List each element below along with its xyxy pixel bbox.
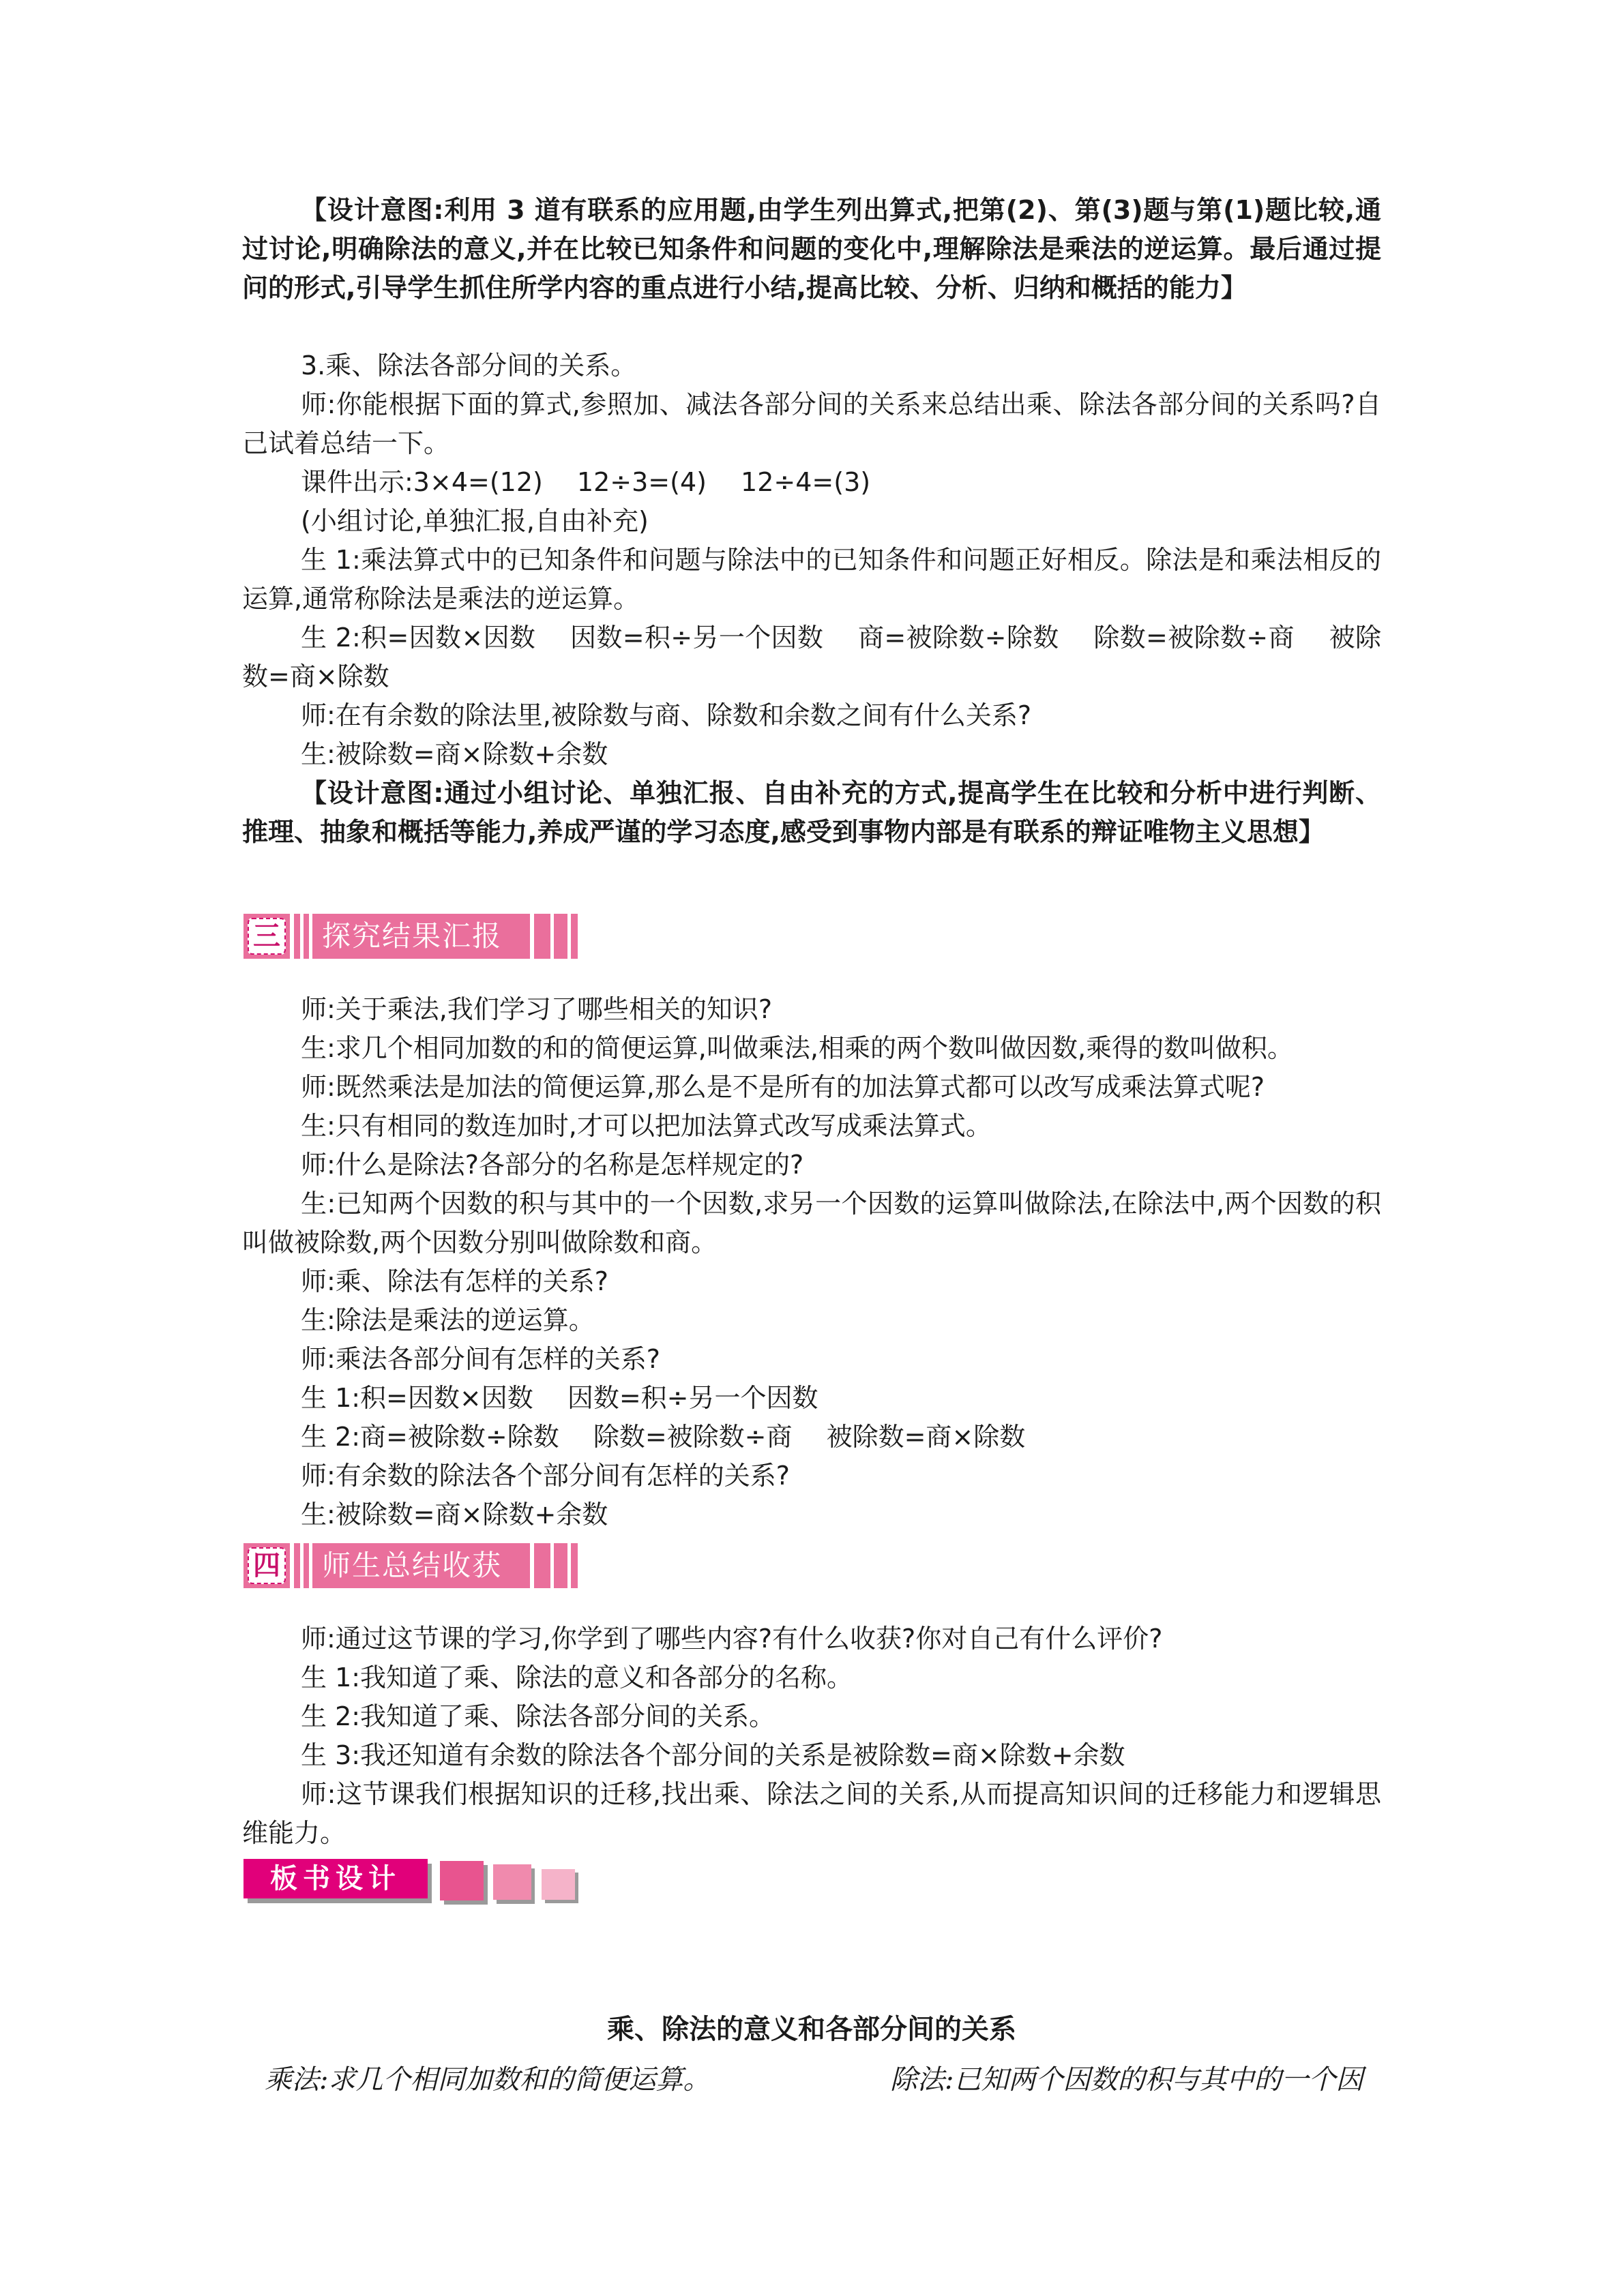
dialogue-line: 师:通过这节课的学习,你学到了哪些内容?有什么收获?你对自己有什么评价?: [242, 1620, 1381, 1658]
dialogue-line: 师:这节课我们根据知识的迁移,找出乘、除法之间的关系,从而提高知识间的迁移能力和…: [242, 1775, 1381, 1853]
board-multiplication-definition: 乘法:求几个相同加数和的简便运算。: [265, 2061, 710, 2100]
design-intent-paragraph: 【设计意图:利用 3 道有联系的应用题,由学生列出算式,把第(2)、第(3)题与…: [242, 191, 1381, 308]
dialogue-line: 生:只有相同的数连加时,才可以把加法算式改写成乘法算式。: [242, 1107, 1381, 1146]
section-number-badge: 四: [243, 1543, 290, 1588]
dialogue-line: 生:被除数=商×除数+余数: [242, 1495, 1381, 1534]
dialogue-line: 生 2:我知道了乘、除法各部分间的关系。: [242, 1697, 1381, 1736]
decorative-square: [440, 1861, 484, 1900]
section-number-badge: 三: [243, 914, 290, 959]
decorative-stripe: [304, 914, 309, 959]
dialogue-line: 生 1:积=因数×因数 因数=积÷另一个因数: [242, 1379, 1381, 1418]
decorative-stripe: [571, 1543, 578, 1588]
courseware-display-paragraph: 课件出示:3×4=(12) 12÷3=(4) 12÷4=(3): [242, 463, 1381, 502]
section-number: 四: [248, 1547, 286, 1584]
teacher-question-paragraph: 师:在有余数的除法里,被除数与商、除数和余数之间有什么关系?: [242, 696, 1381, 735]
section-title: 师生总结收获: [312, 1543, 530, 1588]
dialogue-line: 师:关于乘法,我们学习了哪些相关的知识?: [242, 990, 1381, 1029]
dialogue-line: 生 2:商=被除数÷除数 除数=被除数÷商 被除数=商×除数: [242, 1418, 1381, 1457]
section-number: 三: [248, 918, 286, 955]
dialogue-line: 生 1:我知道了乘、除法的意义和各部分的名称。: [242, 1658, 1381, 1697]
dialogue-line: 师:既然乘法是加法的简便运算,那么是不是所有的加法算式都可以改写成乘法算式呢?: [242, 1068, 1381, 1107]
decorative-stripe: [554, 914, 567, 959]
dialogue-line: 生 3:我还知道有余数的除法各个部分间的关系是被除数=商×除数+余数: [242, 1736, 1381, 1775]
section-title: 探究结果汇报: [312, 914, 530, 959]
student-answer-paragraph: 生 2:积=因数×因数 因数=积÷另一个因数 商=被除数÷除数 除数=被除数÷商…: [242, 618, 1381, 696]
decorative-stripe: [294, 1543, 300, 1588]
dialogue-line: 师:乘法各部分间有怎样的关系?: [242, 1340, 1381, 1379]
decorative-square: [542, 1869, 575, 1900]
section-header-3: 三 探究结果汇报: [243, 914, 570, 959]
decorative-stripe: [534, 1543, 550, 1588]
decorative-stripe: [534, 914, 550, 959]
decorative-stripe: [294, 914, 300, 959]
decorative-stripe: [304, 1543, 309, 1588]
dialogue-line: 生:已知两个因数的积与其中的一个因数,求另一个因数的运算叫做除法,在除法中,两个…: [242, 1184, 1381, 1262]
board-division-definition: 除法:已知两个因数的积与其中的一个因: [890, 2061, 1363, 2100]
board-design-banner: 板书设计: [243, 1859, 571, 1912]
student-answer-paragraph: 生:被除数=商×除数+余数: [242, 735, 1381, 774]
decorative-stripe: [554, 1543, 567, 1588]
group-discussion-note: (小组讨论,单独汇报,自由补充): [242, 502, 1381, 541]
section-header-4: 四 师生总结收获: [243, 1543, 570, 1588]
decorative-stripe: [571, 914, 578, 959]
teacher-question-paragraph: 师:你能根据下面的算式,参照加、减法各部分间的关系来总结出乘、除法各部分间的关系…: [242, 385, 1381, 463]
board-title: 乘、除法的意义和各部分间的关系: [242, 2010, 1381, 2049]
dialogue-line: 师:什么是除法?各部分的名称是怎样规定的?: [242, 1146, 1381, 1184]
subheading-multiplication-division-relationship: 3.乘、除法各部分间的关系。: [242, 346, 1381, 385]
dialogue-line: 师:有余数的除法各个部分间有怎样的关系?: [242, 1457, 1381, 1495]
board-design-label: 板书设计: [243, 1859, 428, 1898]
dialogue-line: 生:除法是乘法的逆运算。: [242, 1301, 1381, 1340]
design-intent-paragraph: 【设计意图:通过小组讨论、单独汇报、自由补充的方式,提高学生在比较和分析中进行判…: [242, 774, 1381, 852]
dialogue-line: 生:求几个相同加数的和的简便运算,叫做乘法,相乘的两个数叫做因数,乘得的数叫做积…: [242, 1029, 1381, 1068]
student-answer-paragraph: 生 1:乘法算式中的已知条件和问题与除法中的已知条件和问题正好相反。除法是和乘法…: [242, 541, 1381, 618]
decorative-square: [493, 1864, 531, 1900]
dialogue-line: 师:乘、除法有怎样的关系?: [242, 1262, 1381, 1301]
